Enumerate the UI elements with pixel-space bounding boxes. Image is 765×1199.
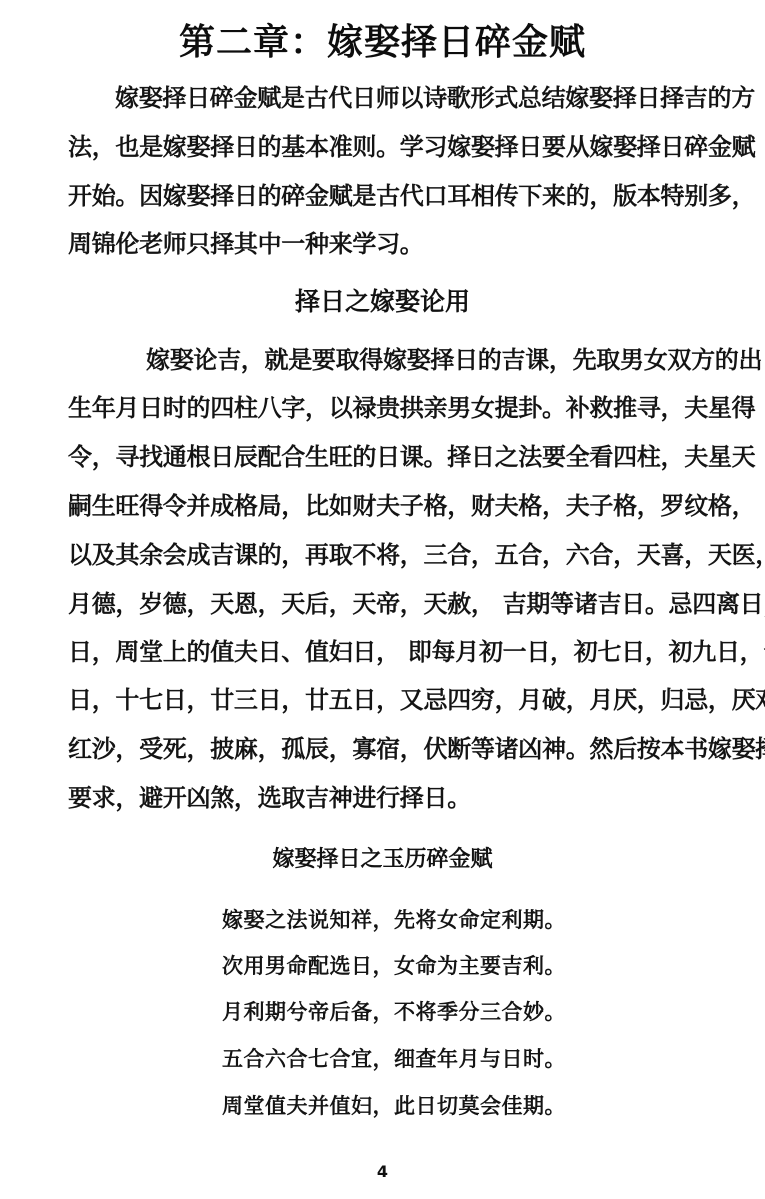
paragraph-line: 月德，岁德，天恩，天后，天帝，天赦， 吉期等诸吉日。忌四离日，四绝 — [68, 584, 738, 619]
paragraph-line: 以及其余会成吉课的，再取不将，三合，五合，六合，天喜，天医，天德， — [68, 535, 738, 570]
paragraph-line: 法，也是嫁娶择日的基本准则。学习嫁娶择日要从嫁娶择日碎金赋 — [68, 127, 738, 162]
page-number: 4 — [0, 1162, 765, 1181]
section-heading: 嫁娶择日之玉历碎金赋 — [0, 842, 765, 873]
verse-line: 嫁娶之法说知祥，先将女命定利期。 — [222, 904, 566, 934]
document-page: 第二章：嫁娶择日碎金赋 嫁娶择日碎金赋是古代日师以诗歌形式总结嫁娶择日择吉的方 … — [0, 0, 765, 1199]
verse-line: 月利期兮帝后备，不将季分三合妙。 — [222, 996, 566, 1026]
paragraph-line: 日，周堂上的值夫日、值妇日， 即每月初一日，初七日，初九日，十五 — [68, 632, 738, 667]
paragraph-line: 要求，避开凶煞，选取吉神进行择日。 — [68, 778, 738, 813]
section-heading: 择日之嫁娶论用 — [0, 282, 765, 318]
paragraph-line: 生年月日时的四柱八字，以禄贵拱亲男女提卦。补救推寻，夫星得 — [68, 388, 738, 423]
verse-line: 周堂值夫并值妇，此日切莫会佳期。 — [222, 1090, 566, 1120]
chapter-title: 第二章：嫁娶择日碎金赋 — [0, 14, 765, 65]
verse-line: 次用男命配选日，女命为主要吉利。 — [222, 950, 566, 980]
paragraph-line: 嗣生旺得令并成格局，比如财夫子格，财夫格，夫子格，罗纹格， — [68, 486, 738, 521]
paragraph-line: 日，十七日，廿三日，廿五日，又忌四穷，月破，月厌，归忌，厌对，往亡， — [68, 680, 738, 715]
paragraph-line: 嫁娶择日碎金赋是古代日师以诗歌形式总结嫁娶择日择吉的方 — [115, 78, 765, 113]
paragraph-line: 周锦伦老师只择其中一种来学习。 — [68, 224, 738, 259]
paragraph-line: 开始。因嫁娶择日的碎金赋是古代口耳相传下来的，版本特别多， — [68, 176, 738, 211]
paragraph-line: 红沙，受死，披麻，孤辰，寡宿，伏断等诸凶神。然后按本书嫁娶择日的 — [68, 729, 738, 764]
paragraph-line: 令，寻找通根日辰配合生旺的日课。择日之法要全看四柱，夫星天 — [68, 437, 738, 472]
paragraph-line: 嫁娶论吉，就是要取得嫁娶择日的吉课，先取男女双方的出 — [146, 340, 765, 375]
verse-line: 五合六合七合宜，细查年月与日时。 — [222, 1043, 566, 1073]
